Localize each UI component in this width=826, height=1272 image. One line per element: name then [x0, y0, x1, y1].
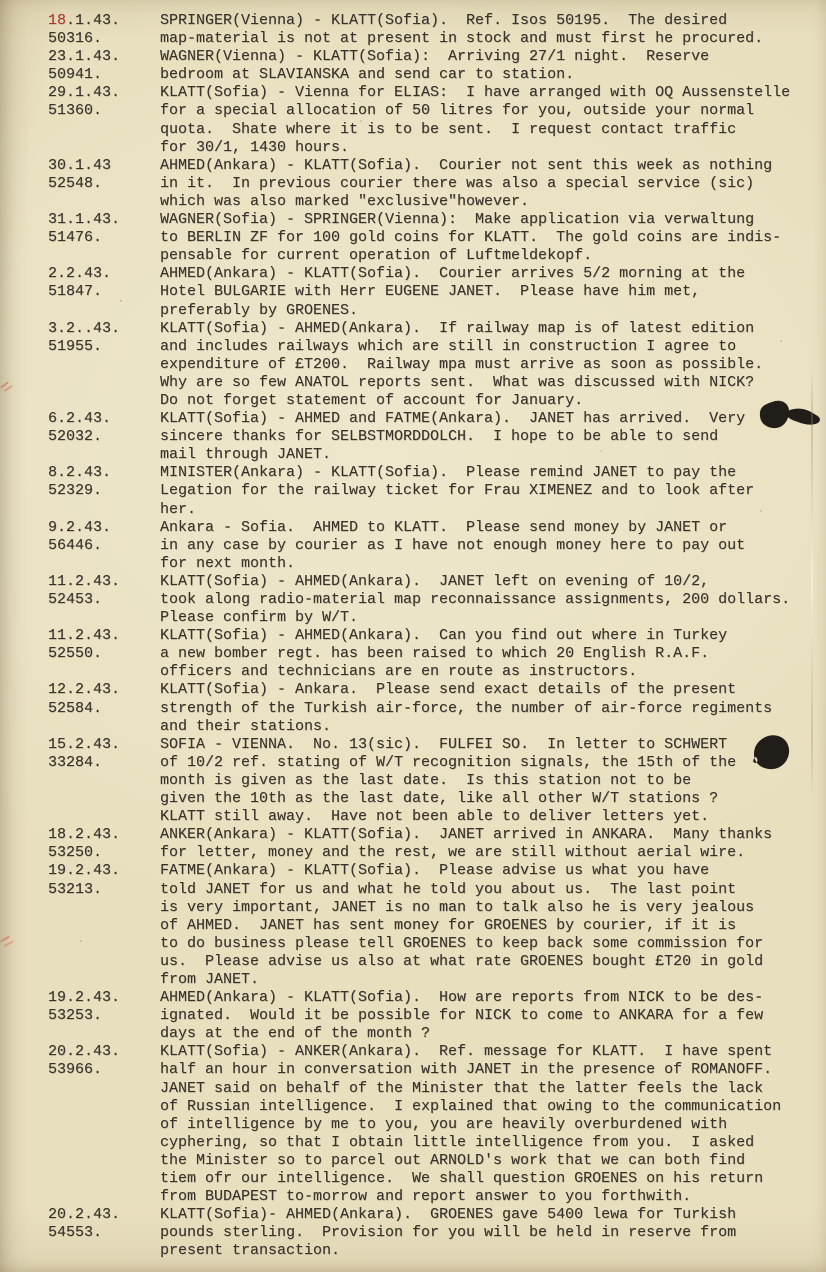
entry-number: 51476. [48, 229, 160, 247]
entry-date: 18.1.43. [48, 12, 160, 30]
paper-crease [811, 368, 813, 798]
ink-blot-icon [758, 398, 824, 436]
entry-number: 50316. [48, 30, 160, 48]
entry-left-column: 18.1.43. 50316. [0, 12, 160, 48]
entry-left-column: 20.2.43. 53966. [0, 1043, 160, 1079]
entry-row: 11.2.43. 52453. KLATT(Sofia) - AHMED(Ank… [0, 573, 826, 627]
entry-date: 20.2.43. [48, 1043, 160, 1061]
entry-number: 52550. [48, 645, 160, 663]
entry-left-column: 9.2.43. 56446. [0, 519, 160, 555]
entry-number: 52032. [48, 428, 160, 446]
entry-text: MINISTER(Ankara) - KLATT(Sofia). Please … [160, 464, 826, 518]
entry-text: KLATT(Sofia) - AHMED(Ankara). Can you fi… [160, 627, 826, 681]
entry-row: 6.2.43. 52032. KLATT(Sofia) - AHMED and … [0, 410, 826, 464]
entry-left-column: 6.2.43. 52032. [0, 410, 160, 446]
entry-text: WAGNER(Sofia) - SPRINGER(Vienna): Make a… [160, 211, 826, 265]
entry-left-column: 11.2.43. 52550. [0, 627, 160, 663]
entry-left-column: 29.1.43. 51360. [0, 84, 160, 120]
entry-text: FATME(Ankara) - KLATT(Sofia). Please adv… [160, 862, 826, 989]
entry-left-column: 2.2.43. 51847. [0, 265, 160, 301]
entry-number: 56446. [48, 537, 160, 555]
entry-text: AHMED(Ankara) - KLATT(Sofia). Courier ar… [160, 265, 826, 319]
entry-date: 18.2.43. [48, 826, 160, 844]
entry-row: 3.2..43. 51955. KLATT(Sofia) - AHMED(Ank… [0, 320, 826, 410]
entry-number: 53213. [48, 881, 160, 899]
entry-date: 2.2.43. [48, 265, 160, 283]
entry-number: 53966. [48, 1061, 160, 1079]
entry-row: 19.2.43. 53213. FATME(Ankara) - KLATT(So… [0, 862, 826, 989]
entry-left-column: 12.2.43. 52584. [0, 681, 160, 717]
entry-date: 30.1.43 [48, 157, 160, 175]
entry-number: 33284. [48, 754, 160, 772]
entry-left-column: 11.2.43. 52453. [0, 573, 160, 609]
entry-date: 11.2.43. [48, 627, 160, 645]
entry-row: 11.2.43. 52550. KLATT(Sofia) - AHMED(Ank… [0, 627, 826, 681]
entry-text: KLATT(Sofia) - AHMED(Ankara). If railway… [160, 320, 826, 410]
entry-number: 52329. [48, 482, 160, 500]
entry-row: 29.1.43. 51360. KLATT(Sofia) - Vienna fo… [0, 84, 826, 156]
entry-date: 29.1.43. [48, 84, 160, 102]
entry-left-column: 18.2.43. 53250. [0, 826, 160, 862]
entries-list: 18.1.43. 50316. SPRINGER(Vienna) - KLATT… [0, 12, 826, 1260]
entry-text: ANKER(Ankara) - KLATT(Sofia). JANET arri… [160, 826, 826, 862]
entry-text: KLATT(Sofia) - AHMED(Ankara). JANET left… [160, 573, 826, 627]
entry-date: 23.1.43. [48, 48, 160, 66]
entry-date: 3.2..43. [48, 320, 160, 338]
entry-text: KLATT(Sofia) - Vienna for ELIAS: I have … [160, 84, 826, 156]
entry-row: 8.2.43. 52329. MINISTER(Ankara) - KLATT(… [0, 464, 826, 518]
entry-number: 53253. [48, 1007, 160, 1025]
entry-date: 8.2.43. [48, 464, 160, 482]
entry-text: AHMED(Ankara) - KLATT(Sofia). Courier no… [160, 157, 826, 211]
entry-text: Ankara - Sofia. AHMED to KLATT. Please s… [160, 519, 826, 573]
entry-number: 50941. [48, 66, 160, 84]
entry-row: 9.2.43. 56446. Ankara - Sofia. AHMED to … [0, 519, 826, 573]
entry-row: 23.1.43. 50941. WAGNER(Vienna) - KLATT(S… [0, 48, 826, 84]
entry-left-column: 23.1.43. 50941. [0, 48, 160, 84]
entry-row: 19.2.43. 53253. AHMED(Ankara) - KLATT(So… [0, 989, 826, 1043]
entry-left-column: 19.2.43. 53253. [0, 989, 160, 1025]
entry-number: 51360. [48, 102, 160, 120]
entry-text: KLATT(Sofia) - AHMED and FATME(Ankara). … [160, 410, 826, 464]
entry-row: 15.2.43. 33284. SOFIA - VIENNA. No. 13(s… [0, 736, 826, 826]
entry-date: 9.2.43. [48, 519, 160, 537]
entry-left-column: 20.2.43. 54553. [0, 1206, 160, 1242]
entry-date: 19.2.43. [48, 862, 160, 880]
entry-row: 20.2.43. 53966. KLATT(Sofia) - ANKER(Ank… [0, 1043, 826, 1206]
entry-left-column: 8.2.43. 52329. [0, 464, 160, 500]
entry-row: 2.2.43. 51847. AHMED(Ankara) - KLATT(Sof… [0, 265, 826, 319]
entry-number: 54553. [48, 1224, 160, 1242]
entry-left-column: 30.1.43 52548. [0, 157, 160, 193]
entry-left-column: 19.2.43. 53213. [0, 862, 160, 898]
entry-number: 52548. [48, 175, 160, 193]
red-date-digits: 18 [48, 12, 66, 29]
entry-row: 12.2.43. 52584. KLATT(Sofia) - Ankara. P… [0, 681, 826, 735]
entry-row: 18.2.43. 53250. ANKER(Ankara) - KLATT(So… [0, 826, 826, 862]
entry-left-column: 31.1.43. 51476. [0, 211, 160, 247]
entry-left-column: 3.2..43. 51955. [0, 320, 160, 356]
entry-text: KLATT(Sofia)- AHMED(Ankara). GROENES gav… [160, 1206, 826, 1260]
entry-text: SOFIA - VIENNA. No. 13(sic). FULFEI SO. … [160, 736, 826, 826]
entry-date: 19.2.43. [48, 989, 160, 1007]
entry-date: 6.2.43. [48, 410, 160, 428]
entry-left-column: 15.2.43. 33284. [0, 736, 160, 772]
entry-number: 53250. [48, 844, 160, 862]
entry-date: 11.2.43. [48, 573, 160, 591]
entry-text: WAGNER(Vienna) - KLATT(Sofia): Arriving … [160, 48, 826, 84]
entry-row: 18.1.43. 50316. SPRINGER(Vienna) - KLATT… [0, 12, 826, 48]
entry-number: 52453. [48, 591, 160, 609]
entry-date: 20.2.43. [48, 1206, 160, 1224]
entry-row: 31.1.43. 51476. WAGNER(Sofia) - SPRINGER… [0, 211, 826, 265]
entry-number: 52584. [48, 700, 160, 718]
entry-text: KLATT(Sofia) - ANKER(Ankara). Ref. messa… [160, 1043, 826, 1206]
ink-blot-icon [750, 733, 794, 773]
entry-text: SPRINGER(Vienna) - KLATT(Sofia). Ref. Is… [160, 12, 826, 48]
entry-number: 51847. [48, 283, 160, 301]
entry-row: 30.1.43 52548. AHMED(Ankara) - KLATT(Sof… [0, 157, 826, 211]
entry-text: AHMED(Ankara) - KLATT(Sofia). How are re… [160, 989, 826, 1043]
entry-number: 51955. [48, 338, 160, 356]
entry-date: 15.2.43. [48, 736, 160, 754]
entry-date: 12.2.43. [48, 681, 160, 699]
entry-text: KLATT(Sofia) - Ankara. Please send exact… [160, 681, 826, 735]
entry-date: 31.1.43. [48, 211, 160, 229]
entry-row: 20.2.43. 54553. KLATT(Sofia)- AHMED(Anka… [0, 1206, 826, 1260]
